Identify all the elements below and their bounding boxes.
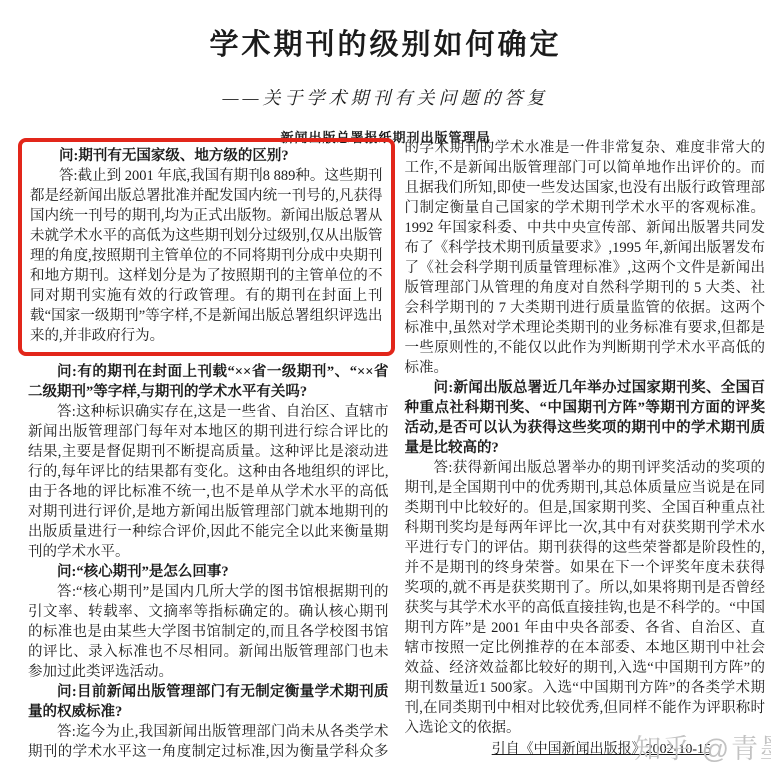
page-title: 学术期刊的级别如何确定 bbox=[0, 22, 771, 63]
question-paragraph: 问:目前新闻出版管理部门有无制定衡量学术期刊质量的权威标准? bbox=[28, 682, 389, 722]
question-paragraph: 问:期刊有无国家级、地方级的区别? bbox=[30, 146, 383, 166]
document-page: { "header": { "title": "学术期刊的级别如何确定", "s… bbox=[0, 0, 771, 770]
document-header: 学术期刊的级别如何确定 ——关于学术期刊有关问题的答复 新闻出版总署报纸期刊出版… bbox=[0, 0, 771, 146]
question-paragraph: 问:新闻出版总署近几年举办过国家期刊奖、全国百种重点社科期刊奖、“中国期刊方阵”… bbox=[405, 378, 766, 458]
page-subtitle: ——关于学术期刊有关问题的答复 bbox=[0, 84, 771, 110]
question-paragraph: 问:“核心期刊”是怎么回事? bbox=[28, 562, 389, 582]
answer-paragraph: 答:这种标识确实存在,这是一些省、自治区、直辖市新闻出版管理部门每年对本地区的期… bbox=[28, 402, 389, 562]
question-paragraph: 问:有的期刊在封面上刊载“××省一级期刊”、“××省二级期刊”等字样,与期刊的学… bbox=[28, 362, 389, 402]
watermark: 知乎 @青墨 bbox=[634, 727, 771, 766]
answer-paragraph: 答:获得新闻出版总署举办的期刊评奖活动的奖项的期刊,是全国期刊中的优秀期刊,其总… bbox=[405, 458, 766, 738]
answer-paragraph: 答:截止到 2001 年底,我国有期刊8 889种。这些期刊都是经新闻出版总署批… bbox=[30, 166, 383, 346]
article-body: 问:期刊有无国家级、地方级的区别?答:截止到 2001 年底,我国有期刊8 88… bbox=[28, 138, 765, 766]
answer-paragraph: 答:“核心期刊”是国内几所大学的图书馆根据期刊的引文率、转载率、文摘率等指标确定… bbox=[28, 582, 389, 682]
highlight-box: 问:期刊有无国家级、地方级的区别?答:截止到 2001 年底,我国有期刊8 88… bbox=[18, 138, 395, 356]
